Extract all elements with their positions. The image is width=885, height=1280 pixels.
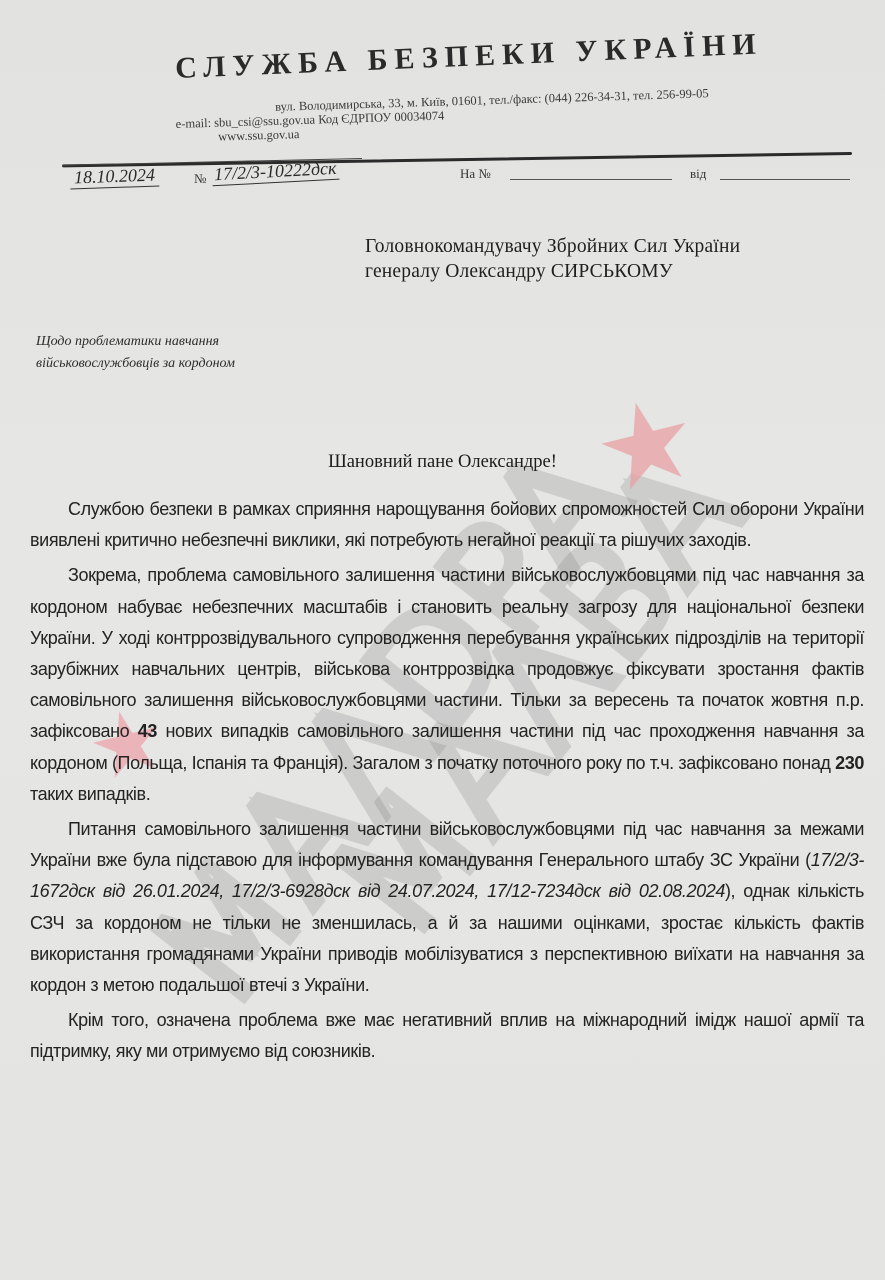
paragraph-3: Питання самовільного залишення частини в… [30,814,864,1001]
letterhead-contacts: вул. Володимирська, 33, м. Київ, 01601, … [175,86,710,145]
registration-line: 18.10.2024 № 17/2/3-10222дск На № від [60,165,860,191]
from-label: від [690,166,706,182]
addressee-position: Головнокомандувачу Збройних Сил України [365,234,740,259]
paragraph-1: Службою безпеки в рамках сприяння нарощу… [30,494,864,556]
registration-number-label: № [194,171,206,187]
document-page: MAΛDPA MAΛBA СЛУЖБА БЕЗПЕКИ УКРАЇНИ вул.… [0,0,885,1280]
star-icon [600,398,692,490]
total-cases-count: 230 [835,753,864,773]
letter-body: Службою безпеки в рамках сприяння нарощу… [30,494,864,1068]
subject-block: Щодо проблематики навчання військовослуж… [36,331,235,375]
reply-to-blank [510,179,672,180]
paragraph-2: Зокрема, проблема самовільного залишення… [30,560,864,810]
from-blank [720,179,850,180]
addressee-name: генералу Олександру СИРСЬКОМУ [365,259,740,284]
registration-date: 18.10.2024 [70,164,160,189]
organization-title: СЛУЖБА БЕЗПЕКИ УКРАЇНИ [175,28,756,86]
salutation: Шановний пане Олександре! [0,452,885,473]
reply-to-label: На № [460,166,491,182]
subject-line-2: військовослужбовців за кордоном [36,353,235,375]
recent-cases-count: 43 [138,721,157,741]
subject-line-1: Щодо проблематики навчання [36,331,235,353]
addressee-block: Головнокомандувачу Збройних Сил України … [365,234,740,284]
paragraph-4: Крім того, означена проблема вже має нег… [30,1005,864,1067]
